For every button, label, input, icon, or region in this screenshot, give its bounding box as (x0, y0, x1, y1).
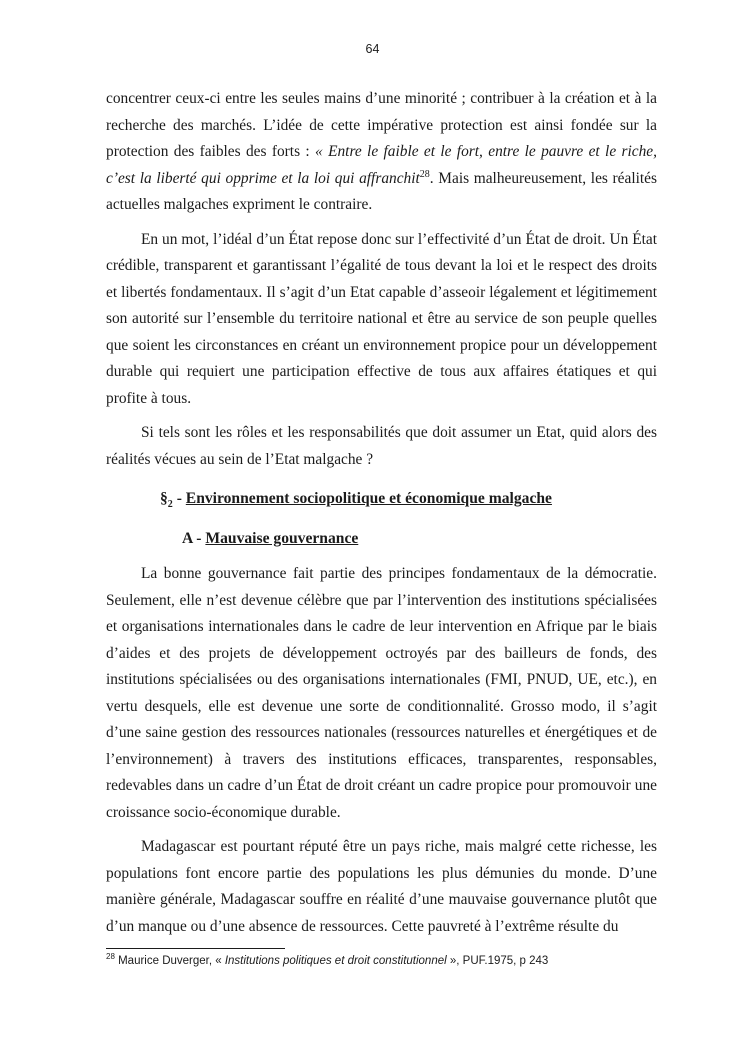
text-segment: A - (182, 530, 205, 547)
text-segment: La bonne gouvernance fait partie des pri… (106, 565, 657, 821)
paragraph-question: Si tels sont les rôles et les responsabi… (106, 420, 657, 473)
paragraph-madagascar: Madagascar est pourtant réputé être un p… (106, 834, 657, 940)
footnote-separator (106, 948, 285, 949)
footnote-marker: 28 (106, 952, 115, 961)
text-segment: Environnement sociopolitique et économiq… (186, 490, 552, 507)
page-number: 64 (0, 42, 745, 56)
text-segment: - (173, 490, 186, 507)
text-segment: § (160, 490, 168, 507)
paragraph-continuation: concentrer ceux-ci entre les seules main… (106, 86, 657, 219)
text-segment: Mauvaise gouvernance (205, 530, 358, 547)
text-segment: Maurice Duverger, « (115, 955, 225, 967)
text-segment: Si tels sont les rôles et les responsabi… (106, 424, 657, 468)
footnote: 28 Maurice Duverger, « Institutions poli… (106, 954, 657, 969)
text-segment: Institutions politiques et droit constit… (225, 955, 447, 967)
footnote-area: 28 Maurice Duverger, « Institutions poli… (106, 948, 657, 969)
text-segment: Madagascar est pourtant réputé être un p… (106, 838, 657, 935)
text-segment: En un mot, l’idéal d’un État repose donc… (106, 231, 657, 407)
paragraph-ideal-etat: En un mot, l’idéal d’un État repose donc… (106, 227, 657, 413)
text-segment: », PUF.1975, p 243 (447, 955, 549, 967)
paragraph-bonne-gouvernance: La bonne gouvernance fait partie des pri… (106, 561, 657, 826)
section-heading: §2 - Environnement sociopolitique et éco… (106, 486, 657, 513)
page-content: concentrer ceux-ci entre les seules main… (106, 86, 657, 969)
subsection-heading: A - Mauvaise gouvernance (106, 526, 657, 553)
footnote-reference: 28 (420, 168, 430, 179)
document-page: 64 concentrer ceux-ci entre les seules m… (0, 0, 745, 1053)
